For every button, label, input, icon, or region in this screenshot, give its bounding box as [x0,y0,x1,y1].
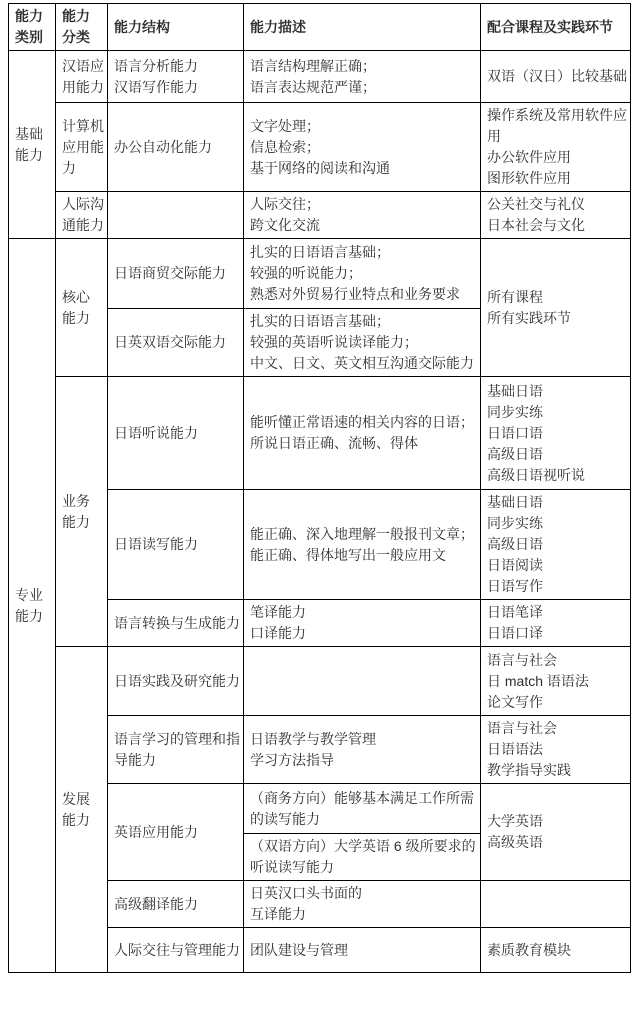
cell-text-line: 高级英语 [487,832,627,853]
cell-courses: 基础日语同步实练日语口语高级日语高级日语视听说 [481,377,631,490]
cell-text-line: 语言分析能力 [114,56,240,77]
table-row: 人际沟通能力人际交往；跨文化交流公关社交与礼仪日本社会与文化 [9,192,631,239]
cell-text-line: 互译能力 [250,904,477,925]
cell-text-line: 人际交往与管理能力 [114,940,240,961]
cell-text-line: 基础日语 [487,381,627,402]
cell-text-line: 信息检索； [250,137,477,158]
cell-group: 发展能力 [56,647,108,973]
header-text-line: 类别 [15,27,52,48]
cell-structure: 英语应用能力 [108,784,244,881]
cell-text-line: 语言学习的管理和指 [114,729,240,750]
cell-text-line: 口译能力 [250,623,477,644]
cell-description: 文字处理；信息检索；基于网络的阅读和沟通 [244,103,481,192]
page: 能力类别能力分类能力结构能力描述配合课程及实践环节 基础能力汉语应用能力语言分析… [0,0,634,1035]
cell-text-line: 较强的听说能力； [250,263,477,284]
cell-text-line: 能力 [62,308,104,329]
cell-text-line: 汉语应 [62,56,104,77]
cell-text-line: 日语阅读 [487,555,627,576]
cell-group: 业务能力 [56,377,108,647]
cell-text-line: 办公软件应用 [487,147,627,168]
table-row: 业务能力日语听说能力能听懂正常语速的相关内容的日语；所说日语正确、流畅、得体基础… [9,377,631,490]
header-text-line: 分类 [62,27,104,48]
cell-text-line: 日 match 语语法 [487,671,627,692]
cell-text-line: 公关社交与礼仪 [487,194,627,215]
cell-text-line: 日语笔译 [487,602,627,623]
cell-description: 语言结构理解正确；语言表达规范严谨； [244,51,481,103]
cell-text-line: 日语实践及研究能力 [114,671,240,692]
cell-text-line: 用 [487,126,627,147]
cell-text-line: 用能力 [62,77,104,98]
cell-courses: 语言与社会日 match 语语法论文写作 [481,647,631,716]
cell-text-line: 能力 [62,512,104,533]
cell-text-line: 扎实的日语语言基础； [250,242,477,263]
table-row: 基础能力汉语应用能力语言分析能力汉语写作能力语言结构理解正确；语言表达规范严谨；… [9,51,631,103]
cell-text-line: 日语读写能力 [114,534,240,555]
cell-text-line: 人际交往； [250,194,477,215]
cell-courses: 公关社交与礼仪日本社会与文化 [481,192,631,239]
header-cell-group: 能力分类 [56,4,108,51]
cell-text-line: 日英双语交际能力 [114,332,240,353]
cell-description: 能听懂正常语速的相关内容的日语；所说日语正确、流畅、得体 [244,377,481,490]
cell-text-line: 日本社会与文化 [487,215,627,236]
cell-courses: 大学英语高级英语 [481,784,631,881]
table-row: 计算机应用能力办公自动化能力文字处理；信息检索；基于网络的阅读和沟通操作系统及常… [9,103,631,192]
cell-text-line: 日语商贸交际能力 [114,263,240,284]
cell-text-line: 基于网络的阅读和沟通 [250,158,477,179]
cell-text-line: 中文、日文、英文相互沟通交际能力 [250,353,477,374]
cell-structure: 日语实践及研究能力 [108,647,244,716]
cell-description: 人际交往；跨文化交流 [244,192,481,239]
cell-structure: 日英双语交际能力 [108,309,244,377]
cell-structure: 高级翻译能力 [108,881,244,928]
cell-text-line: 日语听说能力 [114,423,240,444]
cell-courses: 素质教育模块 [481,928,631,973]
header-cell-category: 能力类别 [9,4,56,51]
cell-description: 团队建设与管理 [244,928,481,973]
cell-text-line: 应用能 [62,137,104,158]
cell-text-line: 语言与社会 [487,650,627,671]
cell-text-line: 英语应用能力 [114,822,240,843]
header-cell-courses: 配合课程及实践环节 [481,4,631,51]
cell-structure: 办公自动化能力 [108,103,244,192]
cell-text-line: 所说日语正确、流畅、得体 [250,433,477,454]
header-row: 能力类别能力分类能力结构能力描述配合课程及实践环节 [9,4,631,51]
cell-structure: 语言学习的管理和指导能力 [108,716,244,784]
cell-text-line: 力 [62,158,104,179]
cell-text-line: 业务 [62,491,104,512]
header-text-line: 能力 [15,6,52,27]
cell-text-line: （商务方向）能够基本满足工作所需 [250,788,477,809]
cell-text-line: 日语口语 [487,423,627,444]
cell-text-line: 计算机 [62,116,104,137]
cell-structure: 语言转换与生成能力 [108,600,244,647]
cell-description: 能正确、深入地理解一般报刊文章；能正确、得体地写出一般应用文 [244,490,481,600]
cell-text-line: 能正确、深入地理解一般报刊文章； [250,524,477,545]
cell-category: 基础能力 [9,51,56,239]
cell-courses: 所有课程所有实践环节 [481,239,631,377]
cell-courses [481,881,631,928]
table-body: 基础能力汉语应用能力语言分析能力汉语写作能力语言结构理解正确；语言表达规范严谨；… [9,51,631,973]
cell-text-line: 高级翻译能力 [114,894,240,915]
cell-text-line: 扎实的日语语言基础； [250,311,477,332]
cell-text-line: 所有课程 [487,287,627,308]
cell-text-line: 汉语写作能力 [114,77,240,98]
cell-text-line: 同步实练 [487,402,627,423]
cell-text-line: 日语口译 [487,623,627,644]
cell-text-line: 语言表达规范严谨； [250,77,477,98]
cell-text-line: 文字处理； [250,116,477,137]
cell-text-line: 日语语法 [487,739,627,760]
cell-description: 扎实的日语语言基础；较强的听说能力；熟悉对外贸易行业特点和业务要求 [244,239,481,309]
cell-structure [108,192,244,239]
cell-text-line: 办公自动化能力 [114,137,240,158]
cell-text-line: 导能力 [114,750,240,771]
cell-text-line: 日英汉口头书面的 [250,883,477,904]
cell-description: 日英汉口头书面的互译能力 [244,881,481,928]
cell-description: （商务方向）能够基本满足工作所需的读写能力 [244,784,481,834]
cell-text-line: 能力 [62,810,104,831]
cell-text-line: 能正确、得体地写出一般应用文 [250,545,477,566]
cell-category: 专业能力 [9,239,56,973]
cell-text-line: 能力 [15,145,52,166]
cell-group: 核心能力 [56,239,108,377]
table-header: 能力类别能力分类能力结构能力描述配合课程及实践环节 [9,4,631,51]
cell-text-line: 素质教育模块 [487,940,627,961]
cell-description: 日语教学与教学管理学习方法指导 [244,716,481,784]
cell-group: 计算机应用能力 [56,103,108,192]
table-row: 专业能力核心能力日语商贸交际能力扎实的日语语言基础；较强的听说能力；熟悉对外贸易… [9,239,631,309]
cell-text-line: 专业 [15,585,52,606]
cell-text-line: 笔译能力 [250,602,477,623]
cell-group: 人际沟通能力 [56,192,108,239]
cell-courses: 日语笔译日语口译 [481,600,631,647]
cell-text-line: 学习方法指导 [250,750,477,771]
cell-courses: 语言与社会日语语法教学指导实践 [481,716,631,784]
cell-text-line: 所有实践环节 [487,308,627,329]
cell-text-line: 团队建设与管理 [250,940,477,961]
cell-courses: 操作系统及常用软件应用办公软件应用图形软件应用 [481,103,631,192]
cell-description [244,647,481,716]
cell-text-line: 图形软件应用 [487,168,627,189]
cell-text-line: 听说读写能力 [250,857,477,878]
cell-description: 扎实的日语语言基础；较强的英语听说读译能力；中文、日文、英文相互沟通交际能力 [244,309,481,377]
header-cell-description: 能力描述 [244,4,481,51]
cell-text-line: 双语（汉日）比较基础 [487,66,627,87]
cell-text-line: 同步实练 [487,513,627,534]
cell-structure: 日语商贸交际能力 [108,239,244,309]
cell-text-line: 能力 [15,606,52,627]
cell-text-line: 高级日语 [487,534,627,555]
ability-structure-table: 能力类别能力分类能力结构能力描述配合课程及实践环节 基础能力汉语应用能力语言分析… [8,3,631,973]
cell-text-line: 论文写作 [487,692,627,713]
cell-structure: 人际交往与管理能力 [108,928,244,973]
cell-text-line: 日语教学与教学管理 [250,729,477,750]
cell-text-line: 高级日语视听说 [487,465,627,486]
cell-text-line: （双语方向）大学英语 6 级所要求的 [250,836,477,857]
cell-group: 汉语应用能力 [56,51,108,103]
cell-text-line: 熟悉对外贸易行业特点和业务要求 [250,284,477,305]
cell-text-line: 核心 [62,287,104,308]
cell-text-line: 操作系统及常用软件应 [487,105,627,126]
cell-courses: 双语（汉日）比较基础 [481,51,631,103]
cell-text-line: 大学英语 [487,811,627,832]
table-row: 发展能力日语实践及研究能力语言与社会日 match 语语法论文写作 [9,647,631,716]
header-text-line: 能力结构 [114,17,240,38]
cell-description: （双语方向）大学英语 6 级所要求的听说读写能力 [244,834,481,881]
cell-text-line: 人际沟 [62,194,104,215]
cell-description: 笔译能力口译能力 [244,600,481,647]
cell-text-line: 发展 [62,789,104,810]
header-text-line: 配合课程及实践环节 [487,17,627,38]
cell-text-line: 能听懂正常语速的相关内容的日语； [250,412,477,433]
cell-courses: 基础日语同步实练高级日语日语阅读日语写作 [481,490,631,600]
cell-structure: 日语听说能力 [108,377,244,490]
cell-text-line: 的读写能力 [250,809,477,830]
cell-structure: 日语读写能力 [108,490,244,600]
cell-text-line: 基础日语 [487,492,627,513]
cell-structure: 语言分析能力汉语写作能力 [108,51,244,103]
header-text-line: 能力 [62,6,104,27]
cell-text-line: 高级日语 [487,444,627,465]
cell-text-line: 教学指导实践 [487,760,627,781]
cell-text-line: 日语写作 [487,576,627,597]
cell-text-line: 较强的英语听说读译能力； [250,332,477,353]
cell-text-line: 语言转换与生成能力 [114,613,240,634]
header-cell-structure: 能力结构 [108,4,244,51]
cell-text-line: 通能力 [62,215,104,236]
header-text-line: 能力描述 [250,17,477,38]
cell-text-line: 语言结构理解正确； [250,56,477,77]
cell-text-line: 跨文化交流 [250,215,477,236]
cell-text-line: 基础 [15,124,52,145]
cell-text-line: 语言与社会 [487,718,627,739]
